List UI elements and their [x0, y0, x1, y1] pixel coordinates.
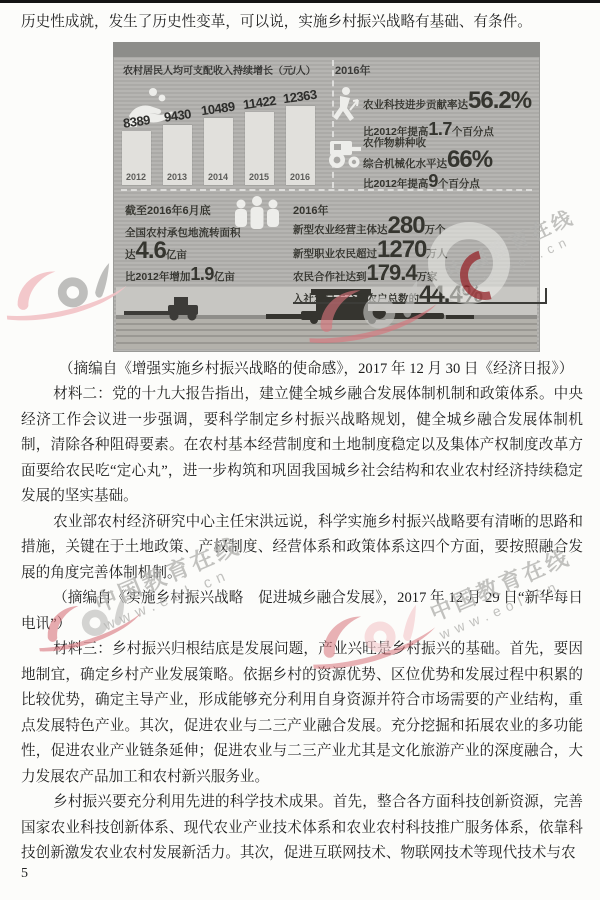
right-panel-year-label: 2016年 — [335, 62, 370, 78]
income-bar-chart: 8389201294302013104892014114222015123632… — [115, 82, 332, 185]
bar-year-label: 2014 — [204, 172, 233, 182]
bar-value-label: 10489 — [200, 98, 235, 118]
intro-paragraph: 历史性成就，发生了历史性变革，可以说，实施乡村振兴战略有基础、有条件。 — [21, 10, 583, 36]
mechanization-value: 66% — [447, 148, 492, 172]
song-hongyuan-paragraph: 农业部农村经济研究中心主任宋洪远说，科学实施乡村振兴战略要有清晰的思路和措施，关… — [21, 510, 583, 587]
farmer-cooperatives: 农民合作社达到179.4万家 — [293, 262, 438, 284]
bar-value-label: 12363 — [282, 86, 317, 106]
new-business-entities: 新型农业经营主体达280万个 — [293, 214, 446, 238]
land-transfer-delta: 比2012年增加1.9亿亩 — [125, 265, 235, 284]
land-area-value: 4.6 — [136, 239, 166, 263]
infographic-top-bar — [113, 42, 540, 57]
land-transfer-heading: 截至2016年6月底 — [125, 202, 211, 218]
bar-year-label: 2016 — [286, 172, 315, 182]
bar-2014: 104892014 — [201, 101, 235, 185]
bar-2013: 94302013 — [160, 108, 194, 185]
material2-paragraph: 材料二：党的十九大报告指出，建立健全城乡融合发展体制机制和政策体系。中央经济工作… — [21, 382, 583, 510]
progress-runner-icon — [330, 86, 360, 124]
bar-year-label: 2013 — [163, 172, 192, 182]
technology-paragraph: 乡村振兴要充分利用先进的科学技术成果。首先，整合各方面科技创新资源，完善国家农业… — [21, 790, 583, 867]
tech-contribution-stat: 农业科技进步贡献率达56.2% — [363, 89, 531, 113]
material3-paragraph: 材料三：乡村振兴归根结底是发展问题，产业兴旺是乡村振兴的基础。首先，要因地制宜，… — [21, 637, 583, 790]
mechanization-stat: 综合机械化水平达66% — [363, 148, 492, 172]
page-number: 5 — [21, 866, 28, 882]
rural-revitalization-infographic: 农村居民人均可支配收入持续增长（元/人） 8389201294302013104… — [113, 42, 540, 352]
tractor-icon — [326, 137, 364, 169]
bar-2016: 123632016 — [283, 89, 317, 185]
scanned-exam-page: { "page": { "number": "5", "intro_line":… — [0, 0, 600, 900]
bar-value-label: 11422 — [242, 92, 277, 111]
bar-value-label: 8389 — [122, 112, 151, 131]
tech-contribution-value: 56.2% — [468, 89, 531, 113]
bar-year-label: 2015 — [245, 172, 274, 182]
stat-underline-bracket — [293, 288, 547, 304]
page-content: 历史性成就，发生了历史性变革，可以说，实施乡村振兴战略有基础、有条件。 农村居民… — [21, 10, 583, 867]
bar-2012: 83892012 — [119, 114, 153, 185]
mechanization-delta: 比2012年提高9个百分点 — [363, 172, 480, 191]
page-top-border — [0, 0, 600, 3]
bar-2015: 114222015 — [242, 95, 276, 185]
source-caption-2: （摘编自《实施乡村振兴战略 促进城乡融合发展》，2017 年 12 月 29 日… — [21, 586, 583, 637]
source-caption-1: （摘编自《增强实施乡村振兴战略的使命感》，2017 年 12 月 30 日《经济… — [21, 357, 583, 383]
bar-value-label: 9430 — [163, 106, 192, 125]
new-professional-farmers: 新型职业农民超过1270万人 — [293, 238, 447, 262]
income-chart-title: 农村居民人均可支配收入持续增长（元/人） — [123, 62, 338, 77]
land-transfer-area: 达4.6亿亩 — [125, 239, 187, 263]
bar-year-label: 2012 — [122, 172, 151, 182]
